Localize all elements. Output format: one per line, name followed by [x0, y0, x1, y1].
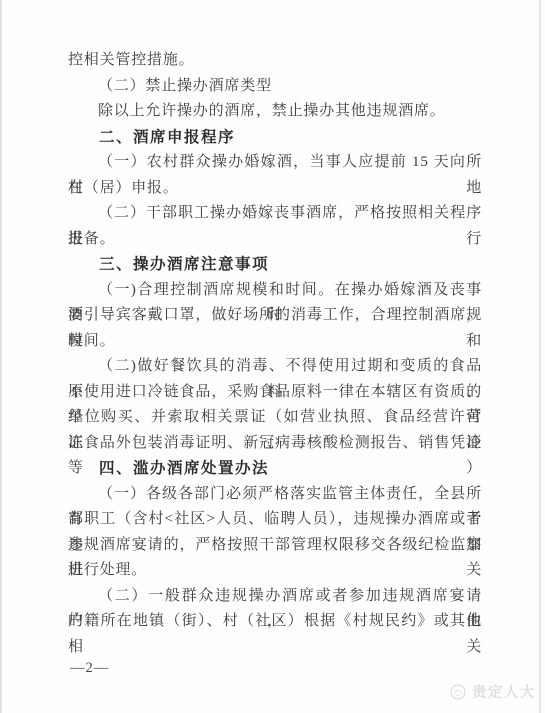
document-line: 要引导宾客戴口罩，做好场所的消毒工作，合理控制酒席规模和	[68, 303, 482, 329]
section-heading: 二、酒席申报程序	[68, 125, 482, 151]
watermark-text: 贵定人大	[472, 681, 536, 702]
watermark: 贵定人大	[450, 681, 536, 702]
document-body: 控相关管控措施。 （二）禁止操办酒席类型 除以上允许操办的酒席，禁止操办其他违规…	[68, 48, 482, 635]
document-line: （二）干部职工操办婚嫁丧事酒席，严格按照相关程序进行	[68, 201, 482, 227]
document-line: （一）农村群众操办婚嫁酒，当事人应提前 15 天向所在地	[68, 150, 482, 176]
document-line: 除以上允许操办的酒席，禁止操办其他违规酒席。	[68, 99, 482, 125]
scan-edge	[539, 0, 541, 713]
document-page: 控相关管控措施。 （二）禁止操办酒席类型 除以上允许操办的酒席，禁止操办其他违规…	[0, 0, 545, 713]
round-seal-icon	[450, 684, 466, 700]
document-line: （一）各级各部门必须严格落实监管主体责任，全县所有干	[68, 482, 482, 508]
document-line: 冻食品外包装消毒证明、新冠病毒核酸检测报告、销售凭证等）	[68, 431, 482, 457]
document-line: 户籍所在地镇（街）、村（社区）根据《村规民约》或其他相关	[68, 609, 482, 635]
document-line: 控相关管控措施。	[68, 48, 482, 74]
document-line: 单位购买、并索取相关票证（如营业执照、食品经营许可证、冷	[68, 405, 482, 431]
document-line: 部职工（含村<社区>人员、临聘人员），违规操办酒席或者参加	[68, 507, 482, 533]
document-line: 违规酒席宴请的，严格按照干部管理权限移交各级纪检监察机关	[68, 533, 482, 559]
document-line: 不使用进口冷链食品，采购食品原料一律在本辖区有资质的经营	[68, 380, 482, 406]
page-number: —2—	[70, 660, 109, 677]
document-line: （二）一般群众违规操办酒席或者参加违规酒席宴请的，由	[68, 584, 482, 610]
document-line: （二)做好餐饮具的消毒、不得使用过期和变质的食品原料、	[68, 354, 482, 380]
document-line: （二）禁止操办酒席类型	[68, 74, 482, 100]
document-line: （一)合理控制酒席规模和时间。在操办婚嫁酒及丧事酒时，	[68, 278, 482, 304]
section-heading: 三、操办酒席注意事项	[68, 252, 482, 278]
